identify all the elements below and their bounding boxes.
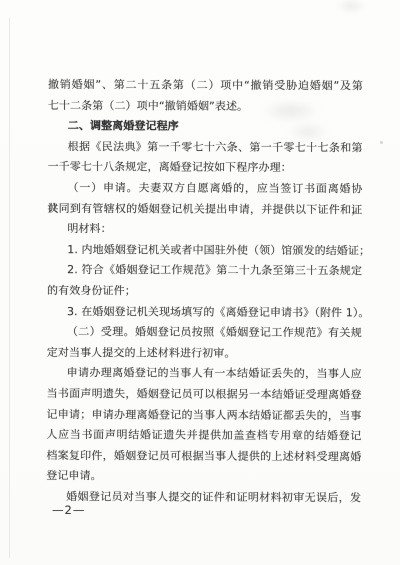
scan-speck [380,141,383,144]
text-line: 申请办理离婚登记的当事人有一本结婚证丢失的，当事人应 [47,363,362,385]
text-line: 登记申请。 [46,466,361,488]
list-item-3: 3. 在婚姻登记机关现场填写的《离婚登记申请书》（附件 1）。 [47,302,362,324]
text-line: 的有效身份证件； [47,281,362,303]
text-line: 七十二条第（二）项中“撤销婚姻”表述。 [48,96,363,118]
text-line: 明材料： [47,219,362,241]
text-line: 定对当事人提交的上述材料进行初审。 [47,343,362,365]
text-line: 人应当书面声明结婚证遗失并提供加盖查档专用章的结婚登记 [46,425,361,447]
page-number: —2— [52,503,85,517]
text-line: 婚姻登记员对当事人提交的证件和证明材料初审无误后，发 [46,487,361,509]
text-line: （一）申请。夫妻双方自愿离婚的，应当签订书面离婚协议， [47,178,362,200]
text-line: （二）受理。婚姻登记员按照《婚姻登记工作规范》有关规 [47,322,362,344]
text-line: 撤销婚姻”、第二十五条第（二）项中“撤销受胁迫婚姻”及第 [48,75,363,97]
text-line: 记申请；申请办理离婚登记的当事人两本结婚证都丢失的，当事 [46,404,361,426]
text-line: 根据《民法典》第一千零七十六条、第一千零七十七条和第 [48,137,363,159]
text-line: 共同到有管辖权的婚姻登记机关提出申请，并提供以下证件和证 [47,199,362,221]
text-line: 档案复印件，婚姻登记员可根据当事人提供的上述材料受理离婚 [46,446,361,468]
section-heading: 二、调整离婚登记程序 [48,116,363,138]
document-text-column: 撤销婚姻”、第二十五条第（二）项中“撤销受胁迫婚姻”及第 七十二条第（二）项中“… [46,75,363,509]
scanned-page: 撤销婚姻”、第二十五条第（二）项中“撤销受胁迫婚姻”及第 七十二条第（二）项中“… [0,0,400,565]
list-item-2: 2. 符合《婚姻登记工作规范》第二十九条至第三十五条规定 [47,260,362,282]
list-item-1: 1. 内地婚姻登记机关或者中国驻外使（领）馆颁发的结婚证； [47,240,362,262]
text-line: 当书面声明遗失，婚姻登记员可以根据另一本结婚证受理离婚登 [47,384,362,406]
text-line: 一千零七十八条规定，离婚登记按如下程序办理： [48,157,363,179]
scan-page-edge [9,18,10,558]
scan-artifact [336,0,366,12]
